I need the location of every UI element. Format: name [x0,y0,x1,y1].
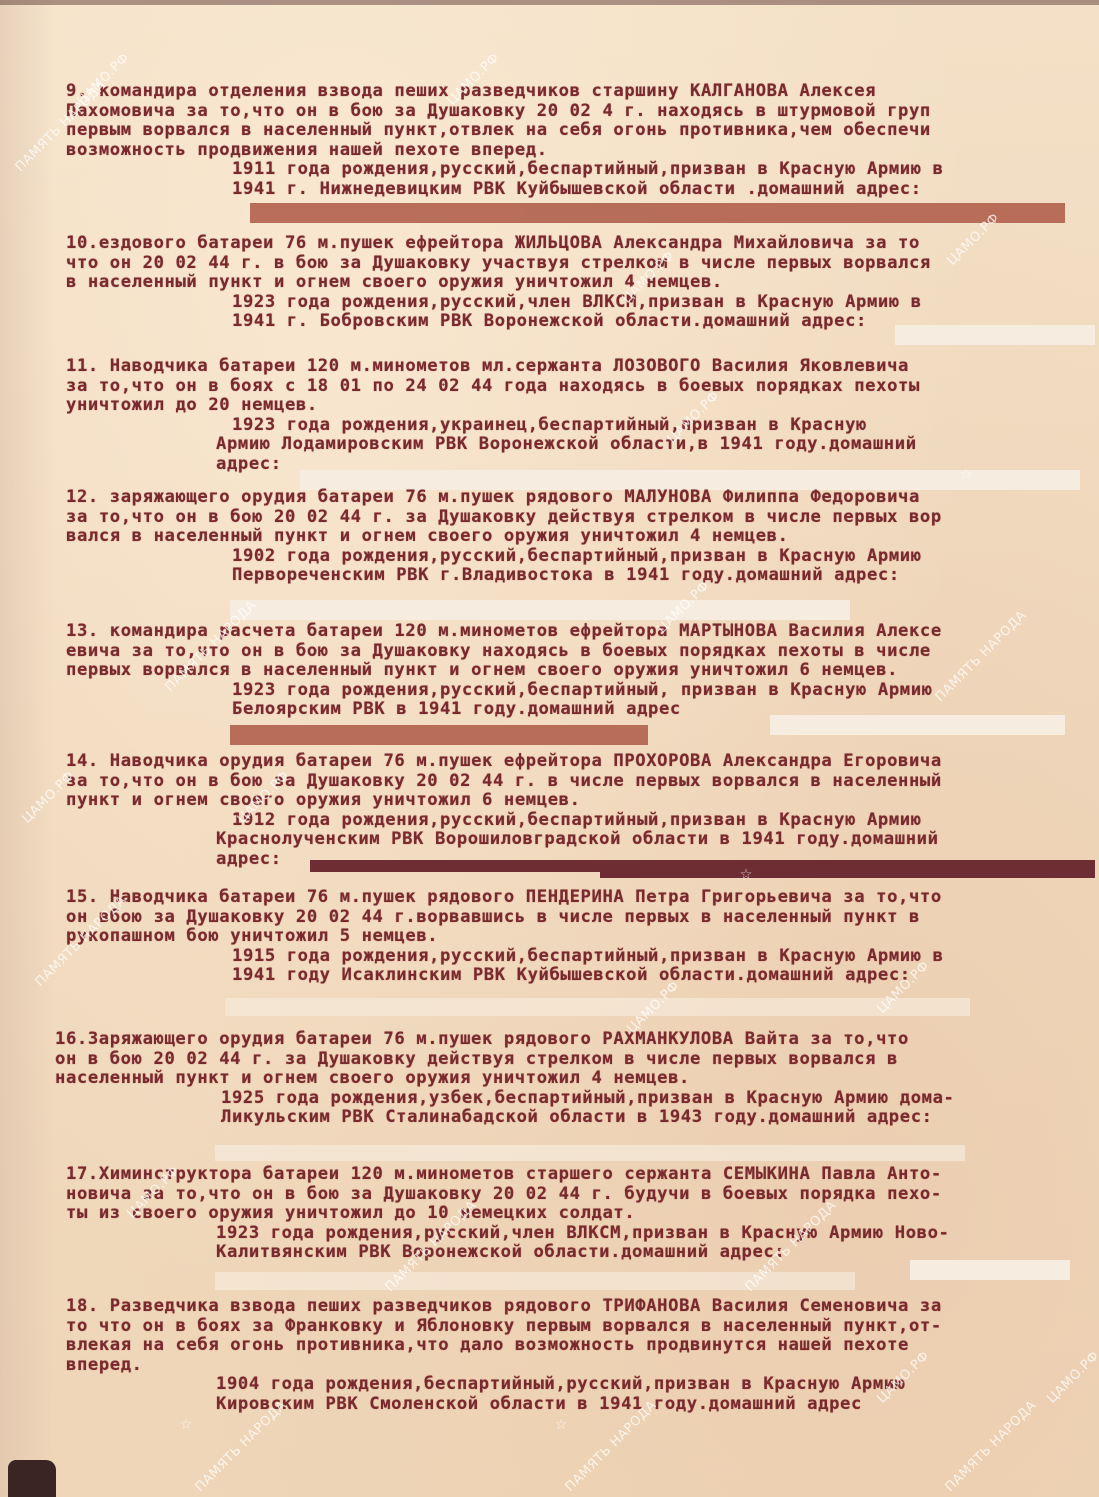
award-entry-12: 12. заряжающего орудия батареи 76 м.пуше… [66,488,1096,586]
entry-text-line: за то,что он в бою за Душаковку 20 02 44… [66,772,1096,792]
entry-text-line: пункт и огнем своего оружия уничтожил 6 … [66,791,1096,811]
award-entry-14: 14. Наводчика орудия батареи 76 м.пушек … [66,752,1096,869]
page-top-edge [0,0,1099,5]
entry-text-line: 17.Химинструктора батареи 120 м.миномето… [66,1165,1096,1185]
entry-bio-line: Кировским РВК Смоленской области в 1941 … [66,1395,1096,1415]
entry-bio-line: 1915 года рождения,русский,беспартийный,… [66,947,1096,967]
entry-text-line: вался в населенный пункт и огнем своего … [66,527,1096,547]
redaction-bar [600,868,1095,878]
entry-bio-line: 1941 г. Нижнедевицким РВК Куйбышевской о… [66,180,1096,200]
entry-bio-line: 1902 года рождения,русский,беспартийный,… [66,547,1096,567]
entry-text-line: что он 20 02 44 г. в бою за Душаковку уч… [66,254,1096,274]
entry-bio-line: 1904 года рождения,беспартийный,русский,… [66,1375,1096,1395]
entry-text-line: он вбою за Душаковку 20 02 44 г.ворвавши… [66,908,1096,928]
entry-text-line: Пахомовича за то,что он в бою за Душаков… [66,102,1096,122]
redaction-bar [910,1260,1070,1280]
entry-text-line: первым ворвался в населенный пункт,отвле… [66,121,1096,141]
redaction-bar [770,715,1065,735]
entry-bio-line: 1912 года рождения,русский,беспартийный,… [66,811,1096,831]
award-entry-10: 10.ездового батареи 76 м.пушек ефрейтора… [66,234,1096,332]
entry-bio-line: Армию Лодамировским РВК Воронежской обла… [66,435,1096,455]
redaction-bar [250,203,1065,223]
page-edge-shadow [0,0,55,1497]
entry-text-line: рукопашном бою уничтожил 5 немцев. [66,927,1096,947]
entry-bio-line: 1911 года рождения,русский,беспартийный,… [66,160,1096,180]
entry-text-line: вперед. [66,1356,1096,1376]
entry-text-line: возможность продвижения нашей пехоте впе… [66,141,1096,161]
entry-bio-line: 1923 года рождения,русский,член ВЛКСМ,пр… [66,293,1096,313]
entry-bio-line: 1923 года рождения,украинец,беспартийный… [66,416,1096,436]
award-entry-18: 18. Разведчика взвода пеших разведчиков … [66,1297,1096,1414]
entry-bio-line: Краснолученским РВК Ворошиловградской об… [66,830,1096,850]
entry-text-line: он в бою 20 02 44 г. за Душаковку действ… [55,1050,1085,1070]
entry-text-line: 9. командира отделения взвода пеших разв… [66,82,1096,102]
star-icon: ☆ [180,1410,192,1434]
redaction-bar [225,998,970,1016]
entry-bio-line: 1923 года рождения,русский,член ВЛКСМ,пр… [66,1224,1096,1244]
entry-text-line: уничтожил до 20 немцев. [66,396,1096,416]
star-icon: ☆ [740,860,752,884]
entry-text-line: в населенный пункт и огнем своего оружия… [66,273,1096,293]
entry-text-line: 10.ездового батареи 76 м.пушек ефрейтора… [66,234,1096,254]
entry-text-line: ты из своего оружия уничтожил до 10 неме… [66,1204,1096,1224]
entry-text-line: то что он в боях за Франковку и Яблоновк… [66,1317,1096,1337]
star-icon: ☆ [555,1410,567,1434]
entry-text-line: 12. заряжающего орудия батареи 76 м.пуше… [66,488,1096,508]
entry-text-line: влекая на себя огонь противника,что дало… [66,1336,1096,1356]
star-icon: ☆ [960,460,972,484]
entry-text-line: за то,что он в боях с 18 01 по 24 02 44 … [66,377,1096,397]
entry-text-line: 15. Наводчика батареи 76 м.пушек рядовог… [66,888,1096,908]
entry-bio-line: Первореченским РВК г.Владивостока в 1941… [66,566,1096,586]
entry-text-line: 14. Наводчика орудия батареи 76 м.пушек … [66,752,1096,772]
award-entry-11: 11. Наводчика батареи 120 м.минометов мл… [66,357,1096,474]
entry-text-line: населенный пункт и огнем своего оружия у… [55,1069,1085,1089]
entry-text-line: новича за то,что он в бою за Душаковку 2… [66,1185,1096,1205]
redaction-bar [230,600,850,620]
entry-bio-line: 1925 года рождения,узбек,беспартийный,пр… [55,1089,1085,1109]
redaction-bar [895,325,1095,345]
redaction-bar [215,1145,965,1161]
entry-text-line: первых ворвался в населенный пункт и огн… [66,661,1096,681]
entry-text-line: за то,что он в бою 20 02 44 г. за Душако… [66,508,1096,528]
redaction-bar [230,725,648,745]
award-entry-16: 16.Заряжающего орудия батареи 76 м.пушек… [55,1030,1085,1128]
award-entry-17: 17.Химинструктора батареи 120 м.миномето… [66,1165,1096,1263]
award-entry-15: 15. Наводчика батареи 76 м.пушек рядовог… [66,888,1096,986]
award-entry-9: 9. командира отделения взвода пеших разв… [66,82,1096,199]
entry-text-line: 16.Заряжающего орудия батареи 76 м.пушек… [55,1030,1085,1050]
entry-bio-line: Ликульским РВК Сталинабадской области в … [55,1108,1085,1128]
entry-text-line: 11. Наводчика батареи 120 м.минометов мл… [66,357,1096,377]
entry-bio-line: 1941 году Исаклинским РВК Куйбышевской о… [66,966,1096,986]
entry-text-line: 18. Разведчика взвода пеших разведчиков … [66,1297,1096,1317]
page-corner-mark [8,1460,56,1497]
